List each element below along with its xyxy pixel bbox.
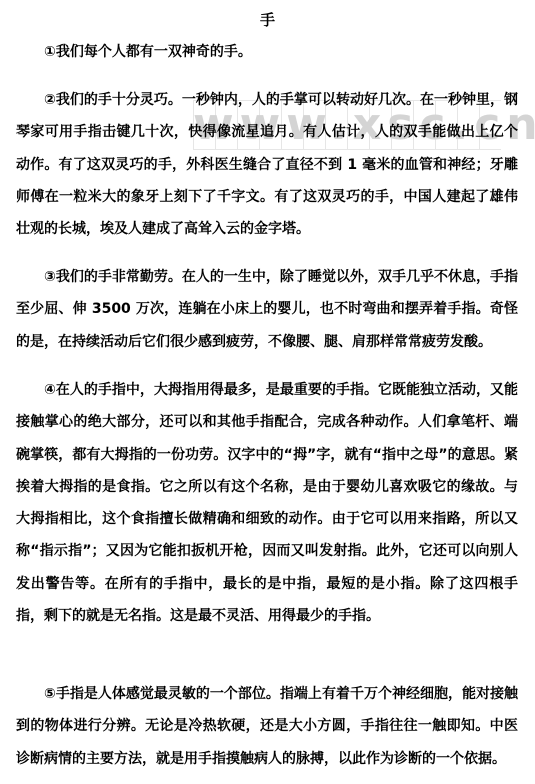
paragraph-3: ③我们的手非常勤劳。在人的一生中，除了睡觉以外，双手几乎不休息，手指至少屈、伸 …	[16, 261, 518, 358]
paragraph-2: ②我们的手十分灵巧。一秒钟内，人的手掌可以转动好几次。在一秒钟里，钢琴家可用手指…	[16, 84, 518, 245]
document-title: 手	[0, 10, 535, 30]
paragraph-4: ④在人的手指中，大拇指用得最多，是最重要的手指。它既能独立活动，又能接触掌心的绝…	[16, 374, 518, 632]
paragraph-5: ⑤手指是人体感觉最灵敏的一个部位。指端上有着千万个神经细胞，能对接触到的物体进行…	[16, 678, 518, 775]
document-page: 手 www.xsc.cn ①我们每个人都有一双神奇的手。 ②我们的手十分灵巧。一…	[0, 0, 535, 784]
paragraph-1: ①我们每个人都有一双神奇的手。	[16, 36, 518, 68]
